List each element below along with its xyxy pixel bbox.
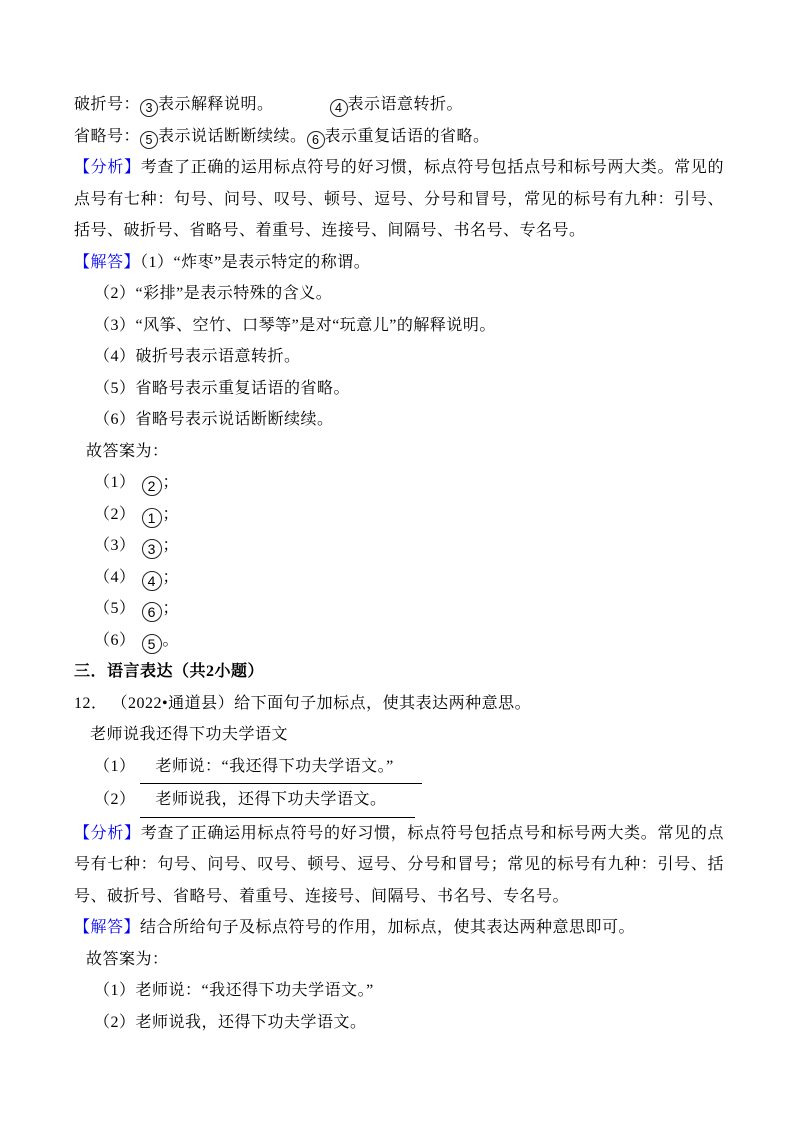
q11-answer-item-1: （1）“炸枣”是表示特定的称谓。 (140, 254, 370, 271)
q11-analysis-text: 考查了正确的运用标点符号的好习惯，标点符号包括点号和标号两大类。常见的点号有七种… (74, 159, 724, 239)
final-answer-6-punct: 。 (163, 632, 180, 649)
q12-analysis-text: 考查了正确运用标点符号的好习惯，标点符号包括点号和标号两大类。常见的点号有七种：… (74, 825, 724, 905)
q11-final-answer-row: （3）3； (74, 530, 724, 562)
q12-number: 12． (74, 695, 108, 712)
dash-options-line: 破折号：3表示解释说明。4表示语意转折。 (74, 89, 724, 121)
q12-stem-line: 12．（2022•通道县）给下面句子加标点，使其表达两种意思。 (74, 688, 724, 720)
dash-option-3-text: 表示解释说明。 (158, 96, 274, 113)
circled-3: 3 (140, 99, 158, 117)
section-heading: 三．语言表达（共2小题） (74, 656, 724, 688)
q11-final-answer-row: （2）1； (74, 499, 724, 531)
final-answer-5-punct: ； (163, 600, 180, 617)
q11-conclusion-text: 故答案为： (86, 443, 169, 460)
q11-answer-item-5: （5）省略号表示重复话语的省略。 (94, 380, 350, 397)
final-answer-1-punct: ； (163, 474, 180, 491)
q11-final-answer-row: （5）6； (74, 593, 724, 625)
circled-answer-4: 4 (142, 571, 162, 591)
q12-analysis-paragraph: 【分析】考查了正确运用标点符号的好习惯，标点符号包括点号和标号两大类。常见的点号… (74, 818, 724, 913)
q12-blank-2-label: （2） (94, 791, 136, 808)
q11-answer-item: （4）破折号表示语意转折。 (74, 341, 724, 373)
q11-answer-item: （5）省略号表示重复话语的省略。 (74, 373, 724, 405)
final-answer-2-punct: ； (163, 506, 180, 523)
q12-final-answer-1: （1）老师说：“我还得下功夫学语文。” (94, 982, 374, 999)
dash-lead: 破折号： (74, 96, 140, 113)
analysis-label: 【分析】 (74, 825, 141, 842)
ellipsis-lead: 省略号： (74, 128, 140, 145)
q11-analysis-paragraph: 【分析】考查了正确的运用标点符号的好习惯，标点符号包括点号和标号两大类。常见的点… (74, 152, 724, 247)
circled-6: 6 (307, 131, 325, 149)
q11-answer-item-2: （2）“彩排”是表示特殊的含义。 (94, 285, 332, 302)
final-answer-5-label: （5） (94, 600, 136, 617)
ellipsis-option-6-text: 表示重复话语的省略。 (325, 128, 490, 145)
document-page: 破折号：3表示解释说明。4表示语意转折。 省略号：5表示说话断断续续。6表示重复… (0, 0, 794, 1123)
q12-answer-text: 结合所给句子及标点符号的作用，加标点，使其表达两种意思即可。 (140, 919, 635, 936)
q12-blank-answer-row: （1）老师说：“我还得下功夫学语文。” (74, 751, 724, 785)
q11-answer-item: （3）“风筝、空竹、口琴等”是对“玩意儿”的解释说明。 (74, 310, 724, 342)
q12-conclusion-text: 故答案为： (86, 951, 169, 968)
circled-answer-3: 3 (142, 539, 162, 559)
final-answer-4-label: （4） (94, 569, 136, 586)
q12-final-answer-row: （2）老师说我，还得下功夫学语文。 (74, 1007, 724, 1039)
q12-blank-2-text: 老师说我，还得下功夫学语文。 (140, 784, 415, 818)
dash-option-4-text: 表示语意转折。 (348, 96, 464, 113)
q12-blank-answer-row: （2）老师说我，还得下功夫学语文。 (74, 784, 724, 818)
q11-conclusion-line: 故答案为： (74, 436, 724, 468)
q12-answer-paragraph: 【解答】结合所给句子及标点符号的作用，加标点，使其表达两种意思即可。 (74, 912, 724, 944)
circled-answer-1: 1 (142, 508, 162, 528)
q11-final-answer-row: （6）5。 (74, 625, 724, 657)
answer-label: 【解答】 (74, 919, 140, 936)
final-answer-1-label: （1） (94, 474, 136, 491)
circled-answer-6: 6 (142, 602, 162, 622)
q12-sentence-text: 老师说我还得下功夫学语文 (90, 726, 288, 743)
ellipsis-options-line: 省略号：5表示说话断断续续。6表示重复话语的省略。 (74, 121, 724, 153)
q12-blank-1-text: 老师说：“我还得下功夫学语文。” (140, 751, 422, 785)
q11-answer-item-4: （4）破折号表示语意转折。 (94, 348, 301, 365)
q11-answer-first-line: 【解答】（1）“炸枣”是表示特定的称谓。 (74, 247, 724, 279)
q11-answer-item-3: （3）“风筝、空竹、口琴等”是对“玩意儿”的解释说明。 (94, 317, 496, 334)
final-answer-3-label: （3） (94, 537, 136, 554)
answer-label: 【解答】 (74, 254, 140, 271)
q12-final-answer-row: （1）老师说：“我还得下功夫学语文。” (74, 975, 724, 1007)
q12-sentence-line: 老师说我还得下功夫学语文 (74, 719, 724, 751)
q12-stem-text: 给下面句子加标点，使其表达两种意思。 (234, 695, 531, 712)
final-answer-4-punct: ； (163, 569, 180, 586)
q11-answer-item: （6）省略号表示说话断断续续。 (74, 404, 724, 436)
circled-4: 4 (330, 99, 348, 117)
q11-answer-item: （2）“彩排”是表示特殊的含义。 (74, 278, 724, 310)
circled-5: 5 (140, 131, 158, 149)
q12-blank-1-label: （1） (94, 758, 136, 775)
final-answer-3-punct: ； (163, 537, 180, 554)
analysis-label: 【分析】 (74, 159, 141, 176)
q12-final-answer-2: （2）老师说我，还得下功夫学语文。 (94, 1014, 367, 1031)
final-answer-2-label: （2） (94, 506, 136, 523)
q11-final-answer-row: （1）2； (74, 467, 724, 499)
q12-source: （2022•通道县） (120, 695, 235, 712)
circled-answer-2: 2 (142, 476, 162, 496)
final-answer-6-label: （6） (94, 632, 136, 649)
q12-conclusion-line: 故答案为： (74, 944, 724, 976)
circled-answer-5: 5 (142, 634, 162, 654)
q11-final-answer-row: （4）4； (74, 562, 724, 594)
q11-answer-item-6: （6）省略号表示说话断断续续。 (94, 411, 334, 428)
ellipsis-option-5-text: 表示说话断断续续。 (158, 128, 307, 145)
section-heading-text: 三．语言表达（共2小题） (74, 663, 264, 680)
